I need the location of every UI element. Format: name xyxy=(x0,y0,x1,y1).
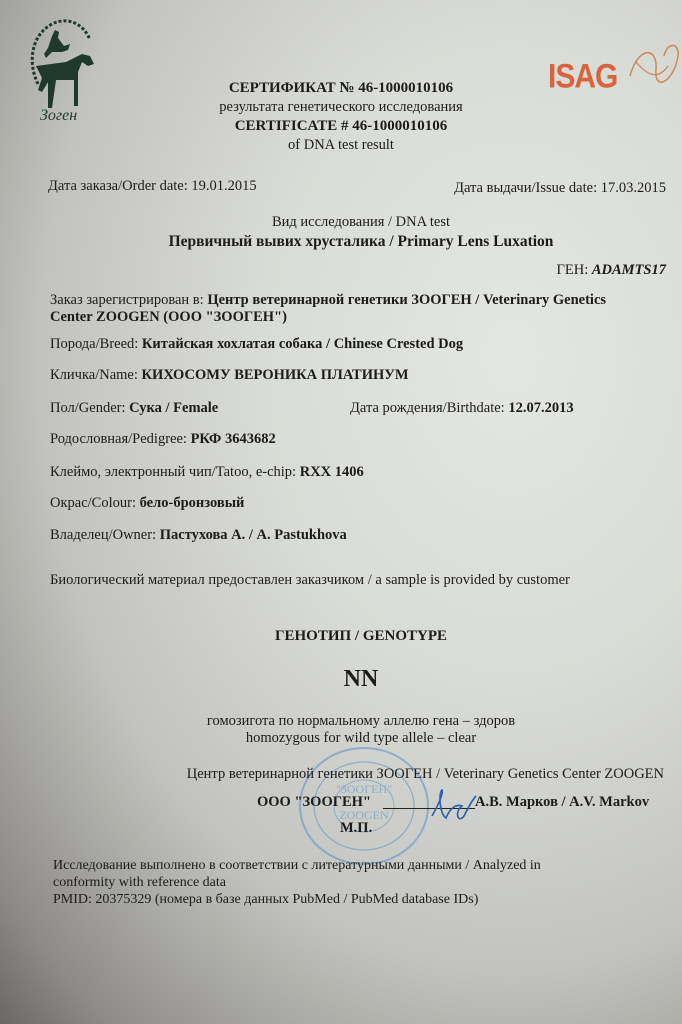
colour: Окрас/Colour: бело-бронзовый xyxy=(50,495,244,512)
signature-center: Центр ветеринарной генетики ЗООГЕН / Vet… xyxy=(187,766,664,783)
order-date-value: 19.01.2015 xyxy=(191,178,256,194)
gender: Пол/Gender: Сука / Female xyxy=(50,400,218,417)
registered-label: Заказ зарегистрирован в: xyxy=(50,292,204,308)
genotype-description-ru: гомозигота по нормальному аллелю гена – … xyxy=(0,713,682,730)
breed-value: Китайская хохлатая собака / Chinese Cres… xyxy=(142,336,463,352)
owner-label: Владелец/Owner: xyxy=(50,527,156,543)
owner-value: Пастухова А. / A. Pastukhova xyxy=(160,527,347,543)
birthdate-label: Дата рождения/Birthdate: xyxy=(350,400,505,416)
breed-label: Порода/Breed: xyxy=(50,336,138,352)
pedigree-label: Родословная/Pedigree: xyxy=(50,431,187,447)
registered-value-cont: Center ZOOGEN (ООО "ЗООГЕН") xyxy=(50,309,287,326)
footer-line-1: Исследование выполнено в соответствии с … xyxy=(53,858,541,874)
colour-label: Окрас/Colour: xyxy=(50,495,136,511)
name-value: КИХОСОМУ ВЕРОНИКА ПЛАТИНУМ xyxy=(142,367,409,383)
gene-value: ADAMTS17 xyxy=(592,262,666,278)
breed: Порода/Breed: Китайская хохлатая собака … xyxy=(50,336,463,353)
dog-name: Кличка/Name: КИХОСОМУ ВЕРОНИКА ПЛАТИНУМ xyxy=(50,367,409,384)
certificate-subtitle-en: of DNA test result xyxy=(0,137,682,154)
certificate-page: Зоген ISAG СЕРТИФИКАТ № 46-1000010106 ре… xyxy=(0,0,682,1024)
sample-note: Биологический материал предоставлен зака… xyxy=(50,572,570,589)
pedigree-value: РКФ 3643682 xyxy=(191,431,276,447)
order-date-label: Дата заказа/Order date: xyxy=(48,178,188,194)
issue-date: Дата выдачи/Issue date: 17.03.2015 xyxy=(454,180,666,197)
signature-org: ООО "ЗООГЕН" xyxy=(257,794,371,811)
registered-at: Заказ зарегистрирован в: Центр ветеринар… xyxy=(50,292,606,309)
certificate-subtitle-ru: результата генетического исследования xyxy=(0,99,682,116)
pedigree: Родословная/Pedigree: РКФ 3643682 xyxy=(50,431,276,448)
chip-label: Клеймо, электронный чип/Tatoo, e-chip: xyxy=(50,464,296,480)
chip-value: RXX 1406 xyxy=(300,464,364,480)
gender-label: Пол/Gender: xyxy=(50,400,126,416)
colour-value: бело-бронзовый xyxy=(140,495,245,511)
genotype-value: NN xyxy=(0,666,682,693)
dna-test-label: Вид исследования / DNA test xyxy=(0,214,682,231)
seal-label: М.П. xyxy=(340,820,372,837)
issue-date-label: Дата выдачи/Issue date: xyxy=(454,180,597,196)
gender-value: Сука / Female xyxy=(129,400,218,416)
owner: Владелец/Owner: Пастухова А. / A. Pastuk… xyxy=(50,527,347,544)
name-label: Кличка/Name: xyxy=(50,367,138,383)
birthdate-value: 12.07.2013 xyxy=(508,400,573,416)
registered-value: Центр ветеринарной генетики ЗООГЕН / Vet… xyxy=(207,292,606,308)
gene: ГЕН: ADAMTS17 xyxy=(556,262,666,279)
birthdate: Дата рождения/Birthdate: 12.07.2013 xyxy=(350,400,574,417)
genotype-heading: ГЕНОТИП / GENOTYPE xyxy=(0,628,682,645)
signature-icon xyxy=(428,786,478,826)
gene-label: ГЕН: xyxy=(556,262,588,278)
signer-name: А.В. Марков / A.V. Markov xyxy=(475,794,649,811)
dna-test-name: Первичный вывих хрусталика / Primary Len… xyxy=(0,233,682,251)
certificate-title-ru: СЕРТИФИКАТ № 46-1000010106 xyxy=(0,80,682,97)
footer-line-2: conformity with reference data xyxy=(53,875,226,891)
issue-date-value: 17.03.2015 xyxy=(601,180,666,196)
order-date: Дата заказа/Order date: 19.01.2015 xyxy=(48,178,257,195)
footer-pmid: PMID: 20375329 (номера в базе данных Pub… xyxy=(53,892,478,908)
certificate-title-en: CERTIFICATE # 46-1000010106 xyxy=(0,118,682,135)
chip: Клеймо, электронный чип/Tatoo, e-chip: R… xyxy=(50,464,364,481)
